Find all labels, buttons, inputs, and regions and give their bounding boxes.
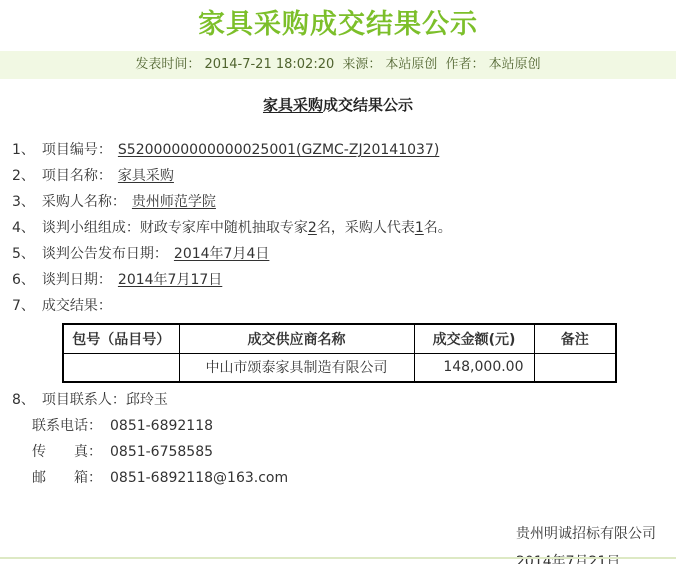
agency-name: 贵州明诚招标有限公司: [516, 525, 666, 543]
contact-phone-line: 联系电话：0851-6892118: [0, 413, 676, 439]
phone-value: 0851-6892118: [110, 418, 213, 434]
item-number: 1、: [12, 142, 35, 158]
item-label: 谈判小组组成：: [42, 220, 140, 236]
item-number: 8、: [12, 392, 35, 408]
source-value: 本站原创: [385, 57, 437, 72]
table-row: 中山市颂泰家具制造有限公司 148,000.00: [63, 353, 616, 382]
author-value: 本站原创: [489, 57, 541, 72]
cell-package-number: [63, 353, 179, 382]
representative-count: 1: [415, 220, 424, 236]
item-purchaser-name: 3、采购人名称：贵州师范学院: [0, 189, 676, 215]
purchaser-name-value: 贵州师范学院: [132, 194, 216, 210]
cell-remarks: [534, 353, 616, 382]
negotiation-date-value: 2014年7月17日: [118, 272, 222, 288]
publish-time-label: 发表时间：: [135, 57, 200, 72]
author-label: 作者：: [446, 57, 485, 72]
header-supplier-name: 成交供应商名称: [179, 324, 414, 353]
contact-person-label: 项目联系人：: [42, 392, 126, 408]
item-project-name: 2、项目名称：家具采购: [0, 163, 676, 189]
contact-person-name: 邱玲玉: [126, 392, 168, 408]
phone-label: 联系电话：: [32, 418, 102, 434]
item-label: 项目名称：: [42, 168, 112, 184]
source-label: 来源：: [342, 57, 381, 72]
result-table: 包号（品目号） 成交供应商名称 成交金额(元) 备注 中山市颂泰家具制造有限公司…: [62, 323, 617, 383]
header-amount: 成交金额(元): [414, 324, 534, 353]
bottom-divider: [0, 557, 676, 559]
item-number: 4、: [12, 220, 35, 236]
item-number: 5、: [12, 246, 35, 262]
document-title: 家具采购成交结果公示: [0, 95, 676, 115]
email-label: 邮 箱：: [32, 470, 102, 486]
expert-count: 2: [308, 220, 317, 236]
fax-value: 0851-6758585: [110, 444, 213, 460]
item-number: 6、: [12, 272, 35, 288]
cell-supplier-name: 中山市颂泰家具制造有限公司: [179, 353, 414, 382]
cell-amount: 148,000.00: [414, 353, 534, 382]
team-text-2: 名，采购人代表: [317, 220, 415, 236]
detail-list: 1、项目编号：S5200000000000025001(GZMC-ZJ20141…: [0, 137, 676, 491]
page-title: 家具采购成交结果公示: [0, 0, 676, 42]
item-result-heading: 7、成交结果：: [0, 293, 676, 319]
meta-bar: 发表时间：2014-7-21 18:02:20 来源：本站原创 作者：本站原创: [0, 51, 676, 79]
item-contact-person: 8、项目联系人：邱玲玉: [0, 387, 676, 413]
publish-time-value: 2014-7-21 18:02:20: [204, 57, 334, 72]
project-number-value: S5200000000000025001(GZMC-ZJ20141037): [118, 142, 439, 158]
item-project-number: 1、项目编号：S5200000000000025001(GZMC-ZJ20141…: [0, 137, 676, 163]
team-text-1: 财政专家库中随机抽取专家: [140, 220, 308, 236]
contact-fax-line: 传 真：0851-6758585: [0, 439, 676, 465]
announcement-page: { "page": { "title": "家具采购成交结果公示", "doc_…: [0, 0, 676, 564]
table-header-row: 包号（品目号） 成交供应商名称 成交金额(元) 备注: [63, 324, 616, 353]
header-package-number: 包号（品目号）: [63, 324, 179, 353]
item-announcement-date: 5、谈判公告发布日期：2014年7月4日: [0, 241, 676, 267]
header-remarks: 备注: [534, 324, 616, 353]
document-title-rest: 成交结果公示: [323, 96, 413, 114]
item-label: 项目编号：: [42, 142, 112, 158]
item-number: 3、: [12, 194, 35, 210]
email-value: 0851-6892118@163.com: [110, 470, 288, 486]
document-title-underlined: 家具采购: [263, 96, 323, 114]
item-number: 7、: [12, 298, 35, 314]
item-label: 谈判公告发布日期：: [42, 246, 168, 262]
item-number: 2、: [12, 168, 35, 184]
contact-email-line: 邮 箱：0851-6892118@163.com: [0, 465, 676, 491]
fax-label: 传 真：: [32, 444, 102, 460]
team-text-3: 名。: [424, 220, 452, 236]
item-negotiation-date: 6、谈判日期：2014年7月17日: [0, 267, 676, 293]
item-label: 谈判日期：: [42, 272, 112, 288]
item-negotiation-team: 4、谈判小组组成：财政专家库中随机抽取专家2名，采购人代表1名。: [0, 215, 676, 241]
project-name-value: 家具采购: [118, 168, 174, 184]
item-label: 成交结果：: [42, 298, 112, 314]
item-label: 采购人名称：: [42, 194, 126, 210]
announcement-date-value: 2014年7月4日: [174, 246, 269, 262]
